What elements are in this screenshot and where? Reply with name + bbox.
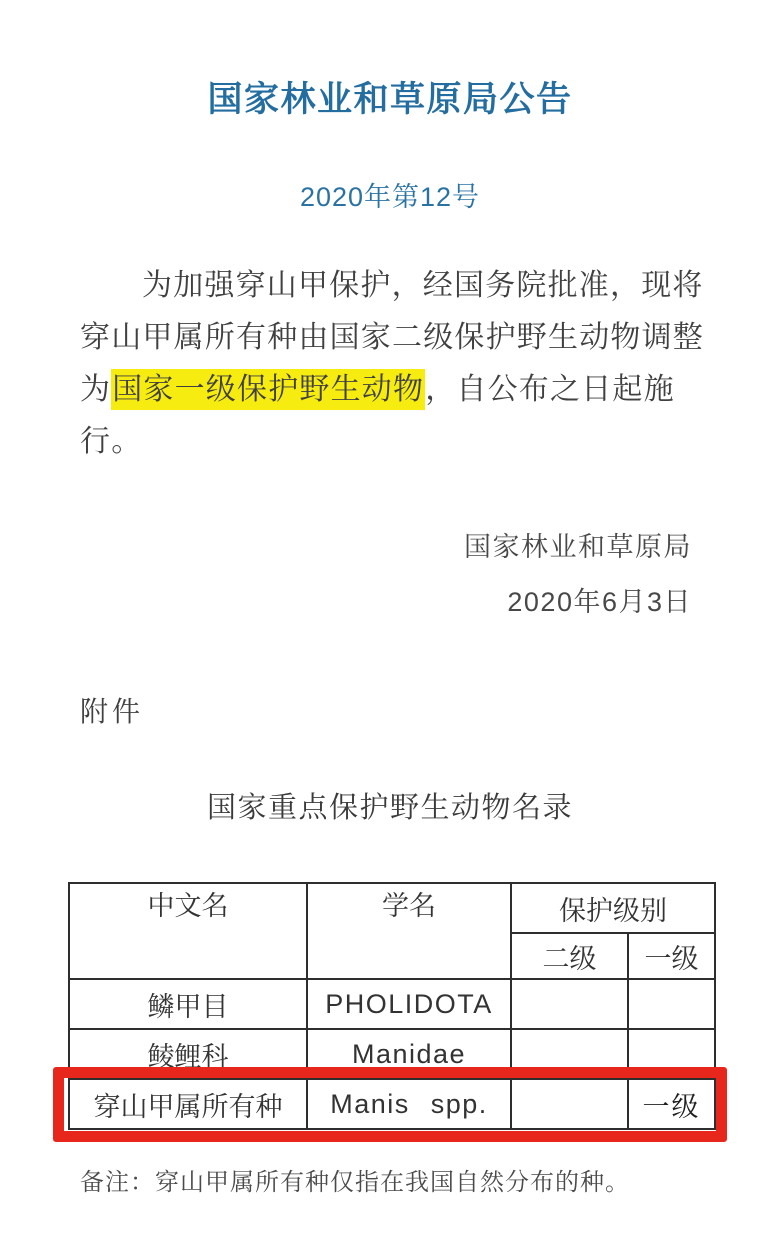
issue-number: 2020年第12号 (0, 175, 780, 214)
protection-level-table: 中文名 学名 保护级别 二级 一级 鳞甲目 PHOLIDOTA 鲮鲤科 Mani… (68, 882, 716, 1130)
cell-level1: 一级 (628, 1079, 715, 1129)
body-text: ，自公布之日起施 (425, 373, 675, 406)
body-text: 穿山甲属所有种由国家二级保护野生动物调整 (80, 321, 704, 354)
cell-scientific-name: Manis spp. (307, 1079, 511, 1129)
cell-level1 (628, 1029, 715, 1079)
col-header-scientific-name: 学名 (307, 883, 511, 979)
page-title: 国家林业和草原局公告 (0, 72, 780, 122)
col-header-chinese-name: 中文名 (69, 883, 307, 979)
cell-chinese-name: 鳞甲目 (69, 979, 307, 1029)
cell-level2 (511, 979, 628, 1029)
body-paragraph: 为加强穿山甲保护，经国务院批准，现将 穿山甲属所有种由国家二级保护野生动物调整 … (80, 260, 704, 468)
cell-level2 (511, 1029, 628, 1079)
attachment-label: 附件 (80, 690, 144, 730)
body-line: 行。 (80, 416, 704, 468)
body-text: 为加强穿山甲保护，经国务院批准，现将 (142, 269, 704, 302)
announcement-document: 国家林业和草原局公告 2020年第12号 为加强穿山甲保护，经国务院批准，现将 … (0, 0, 780, 1235)
col-header-protection-level: 保护级别 (511, 883, 715, 933)
body-line: 为国家一级保护野生动物，自公布之日起施 (80, 364, 704, 416)
highlighted-text: 国家一级保护野生动物 (111, 369, 425, 410)
col-header-level1: 一级 (628, 933, 715, 979)
signature-date: 2020年6月3日 (464, 586, 692, 641)
table-title: 国家重点保护野生动物名录 (0, 785, 780, 826)
footnote: 备注：穿山甲属所有种仅指在我国自然分布的种。 (80, 1162, 630, 1197)
col-header-level2: 二级 (511, 933, 628, 979)
body-line: 穿山甲属所有种由国家二级保护野生动物调整 (80, 312, 704, 364)
cell-level1 (628, 979, 715, 1029)
cell-scientific-name: PHOLIDOTA (307, 979, 511, 1029)
table-row-highlighted: 穿山甲属所有种 Manis spp. 一级 (69, 1079, 715, 1129)
body-text: 为 (80, 373, 111, 406)
cell-chinese-name: 鲮鲤科 (69, 1029, 307, 1079)
table-row: 鳞甲目 PHOLIDOTA (69, 979, 715, 1029)
table-row: 鲮鲤科 Manidae (69, 1029, 715, 1079)
cell-level2 (511, 1079, 628, 1129)
signature-block: 国家林业和草原局 2020年6月3日 (464, 531, 692, 641)
signature-agency: 国家林业和草原局 (464, 531, 692, 586)
body-line: 为加强穿山甲保护，经国务院批准，现将 (80, 260, 704, 312)
cell-scientific-name: Manidae (307, 1029, 511, 1079)
cell-chinese-name: 穿山甲属所有种 (69, 1079, 307, 1129)
body-text: 行。 (80, 425, 142, 458)
